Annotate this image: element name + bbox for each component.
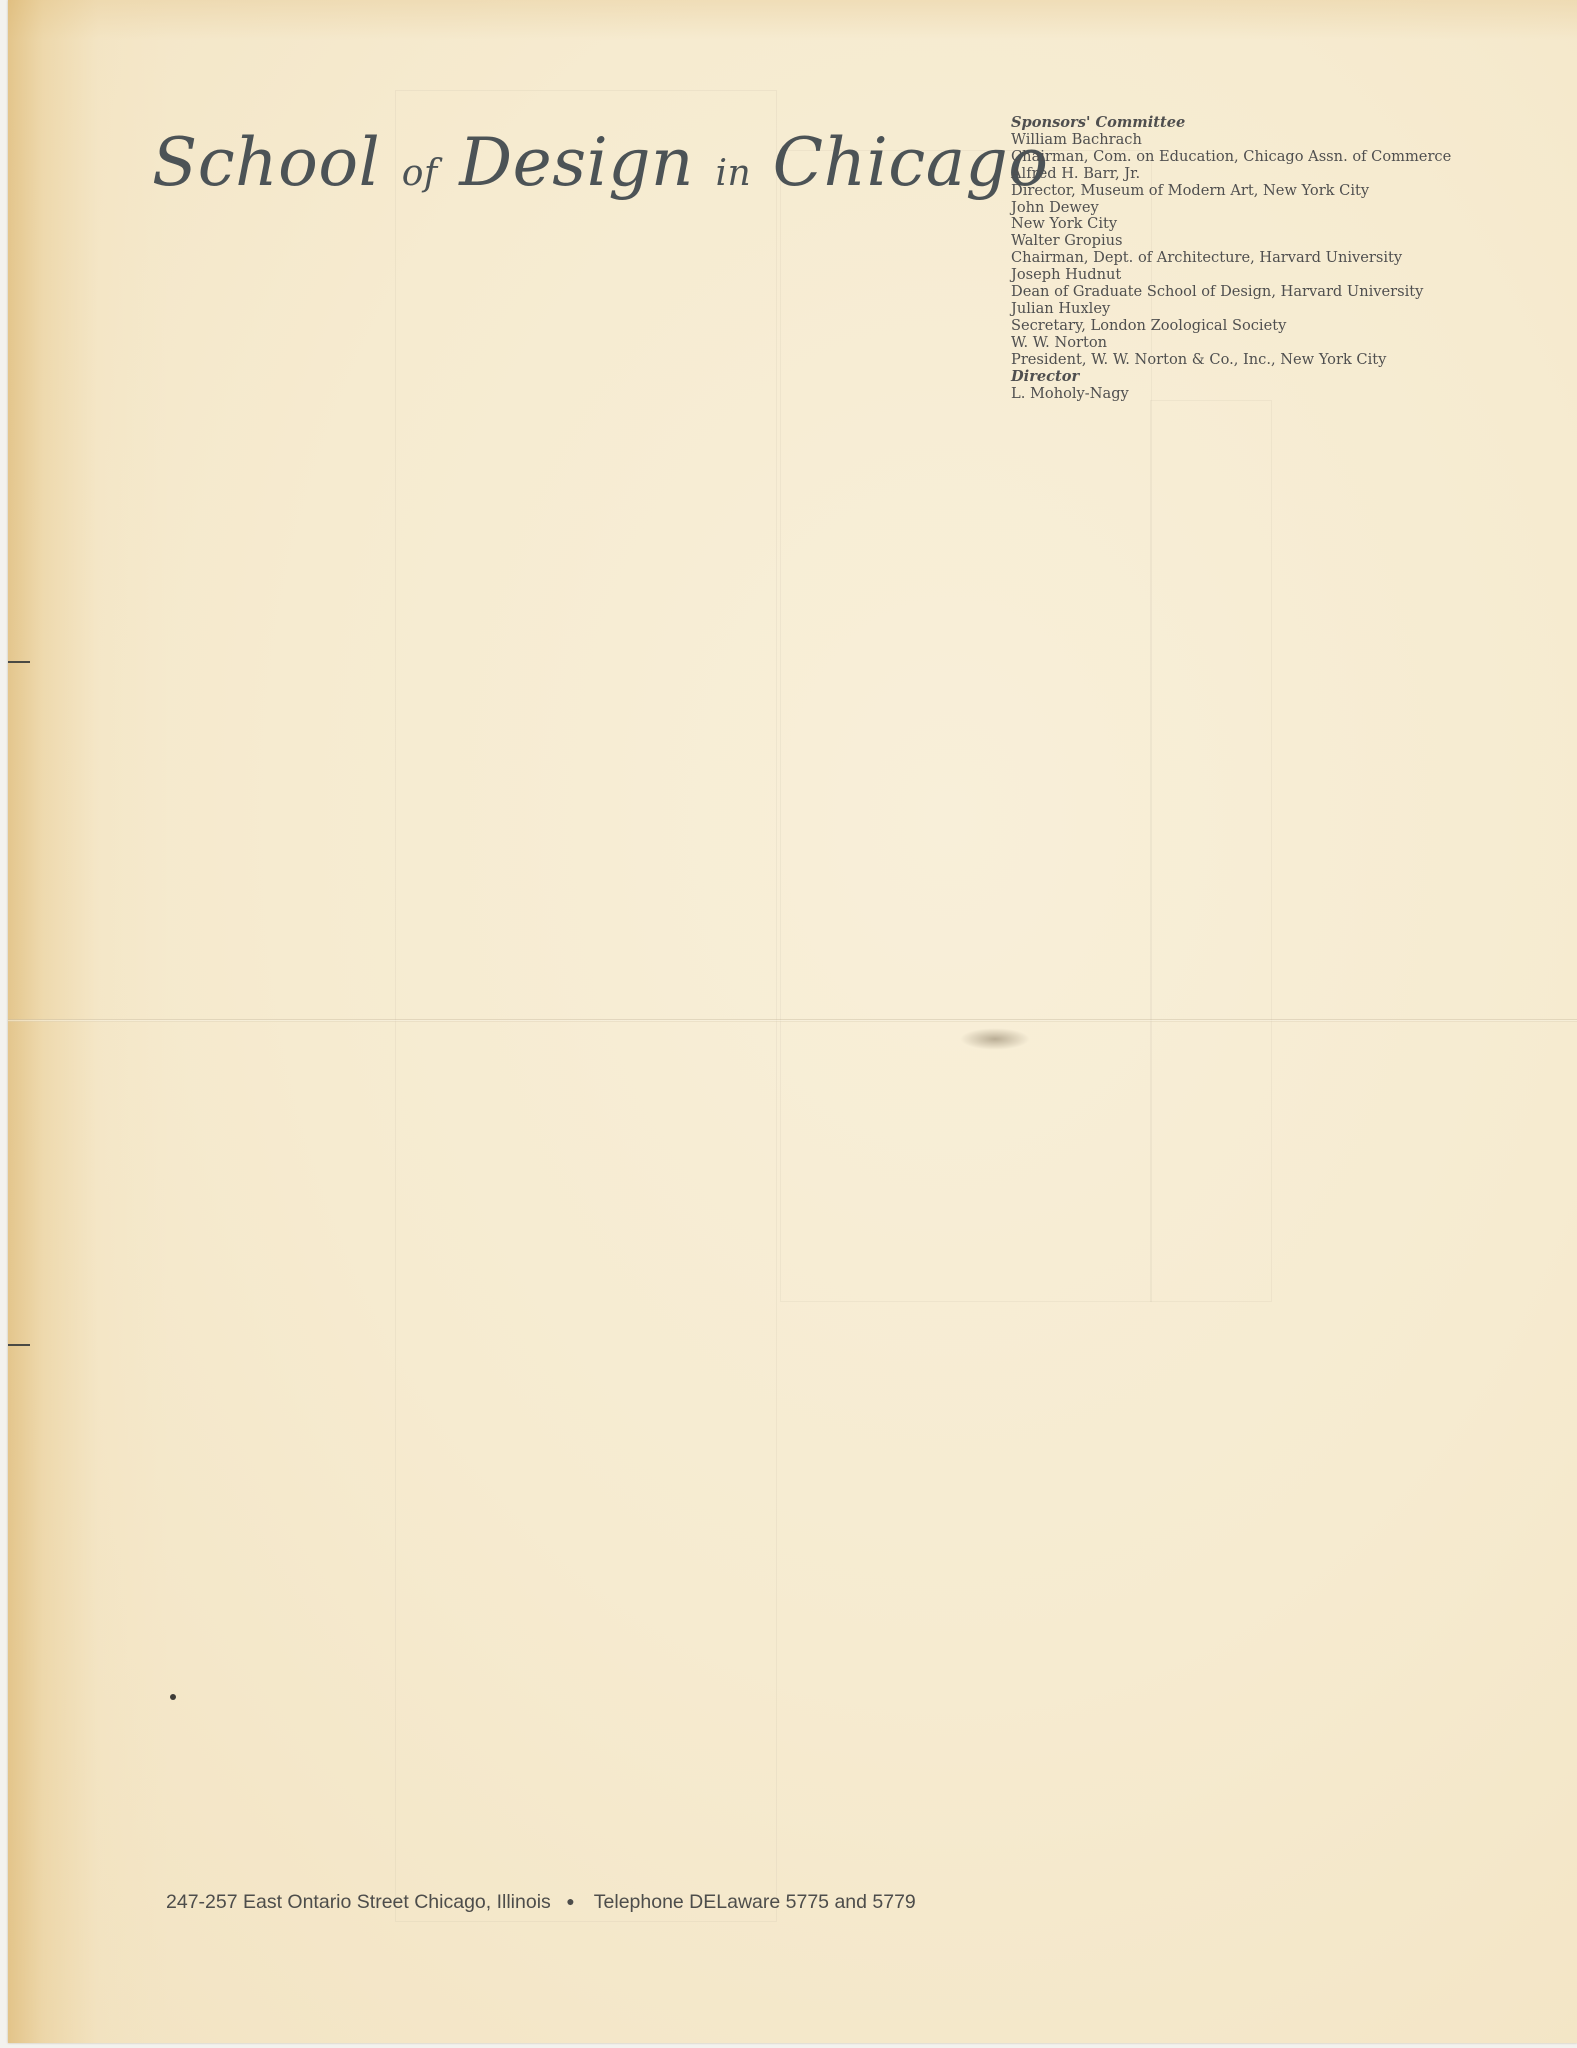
- letterhead-title: School of Design in Chicago: [152, 124, 1049, 201]
- title-word: School: [152, 124, 380, 201]
- punch-mark-bottom: [8, 1344, 30, 1346]
- member-name: William Bachrach: [1011, 132, 1451, 149]
- member-role: Dean of Graduate School of Design, Harva…: [1011, 284, 1451, 301]
- show-through-mark: [395, 90, 777, 1922]
- director-name: L. Moholy-Nagy: [1011, 386, 1451, 403]
- title-word: Chicago: [773, 124, 1049, 201]
- paper-smudge: [960, 1028, 1030, 1050]
- member-name: Julian Huxley: [1011, 301, 1451, 318]
- title-word: in: [715, 153, 751, 194]
- member-name: John Dewey: [1011, 200, 1451, 217]
- letterhead-footer: 247-257 East Ontario Street Chicago, Ill…: [166, 1891, 916, 1914]
- member-role: Director, Museum of Modern Art, New York…: [1011, 183, 1451, 200]
- member-role: President, W. W. Norton & Co., Inc., New…: [1011, 352, 1451, 369]
- punch-mark-top: [8, 661, 30, 663]
- member-role: New York City: [1011, 216, 1451, 233]
- title-word: Design: [459, 124, 694, 201]
- member-role: Chairman, Com. on Education, Chicago Ass…: [1011, 149, 1451, 166]
- paper-fold-line: [8, 1019, 1577, 1022]
- title-word: of: [402, 153, 438, 194]
- sponsors-committee: Sponsors' Committee William Bachrach Cha…: [1011, 115, 1451, 402]
- member-name: Alfred H. Barr, Jr.: [1011, 166, 1451, 183]
- committee-heading: Sponsors' Committee: [1011, 115, 1451, 132]
- bullet-separator-icon: ●: [566, 1893, 574, 1909]
- show-through-mark: [1150, 400, 1272, 1302]
- director-heading: Director: [1011, 369, 1451, 386]
- member-role: Secretary, London Zoological Society: [1011, 318, 1451, 335]
- member-name: Joseph Hudnut: [1011, 267, 1451, 284]
- footer-telephone: Telephone DELaware 5775 and 5779: [594, 1891, 916, 1913]
- member-name: Walter Gropius: [1011, 233, 1451, 250]
- member-role: Chairman, Dept. of Architecture, Harvard…: [1011, 250, 1451, 267]
- footer-address: 247-257 East Ontario Street Chicago, Ill…: [166, 1891, 551, 1913]
- ink-dot: [170, 1694, 176, 1700]
- member-name: W. W. Norton: [1011, 335, 1451, 352]
